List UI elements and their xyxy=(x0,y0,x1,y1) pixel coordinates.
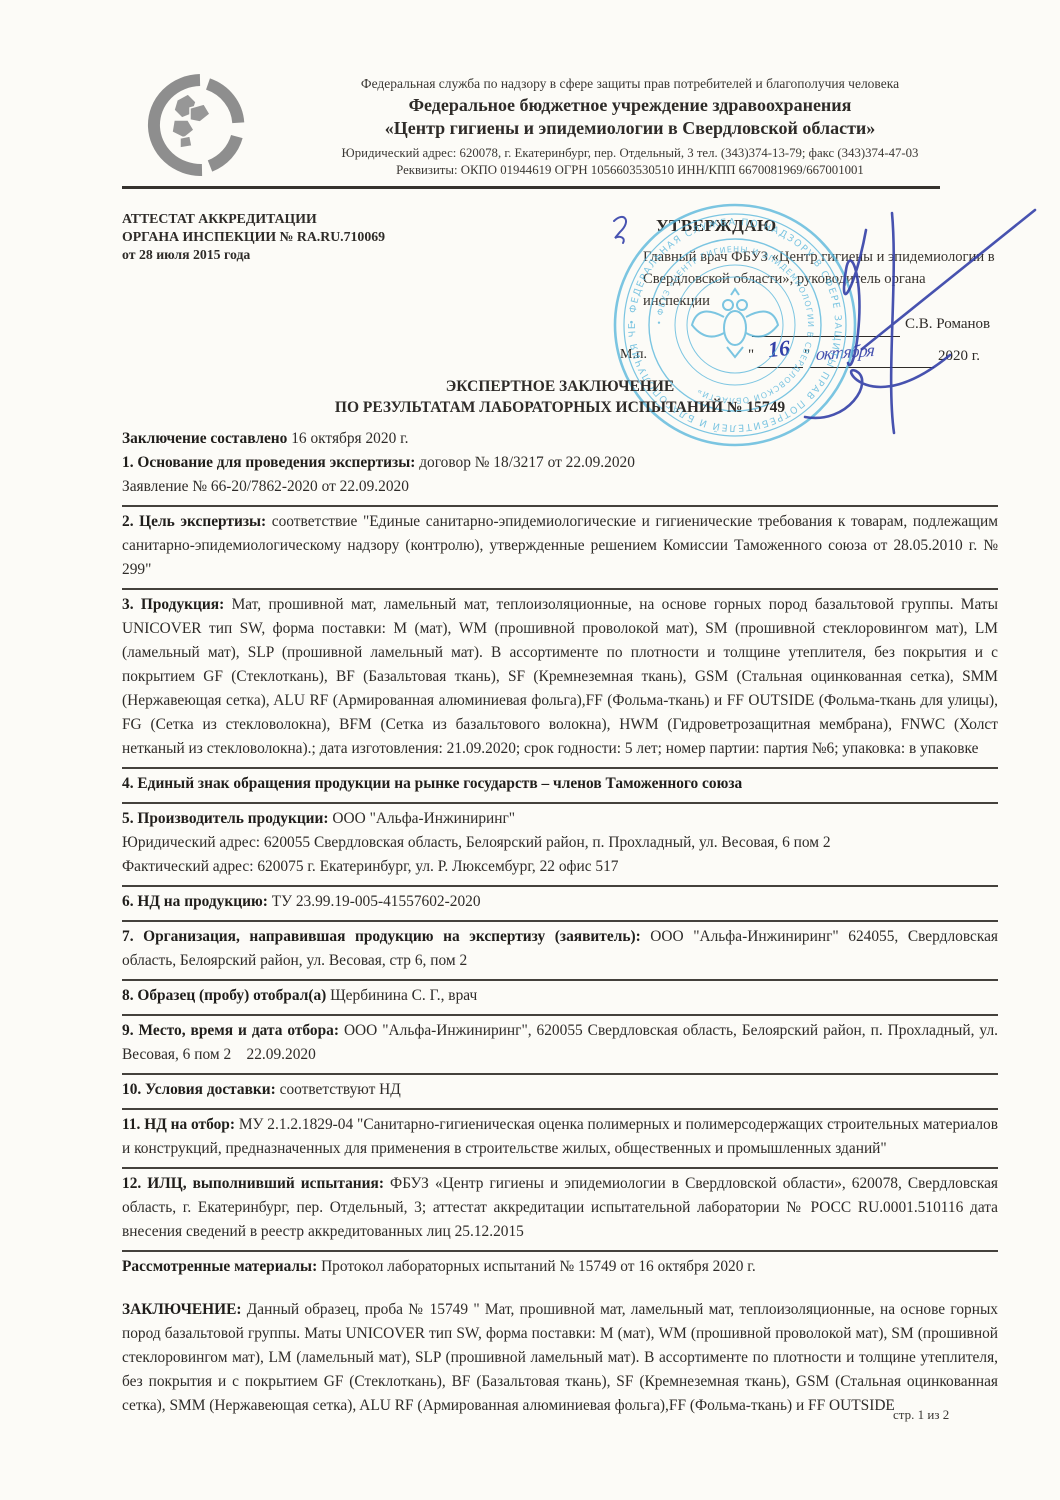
section-text: ТУ 23.99.19-005-41557602-2020 xyxy=(272,893,481,910)
document-title: ЭКСПЕРТНОЕ ЗАКЛЮЧЕНИЕ ПО РЕЗУЛЬТАТАМ ЛАБ… xyxy=(122,376,998,418)
page-indicator: стр. 1 из 2 xyxy=(893,1407,949,1423)
section-label: 7. Организация, направившая продукцию на… xyxy=(122,928,650,945)
section-row: 11. НД на отбор: МУ 2.1.2.1829-04 "Санит… xyxy=(122,1113,998,1161)
date-quote-open: " xyxy=(748,347,754,364)
signer-name: С.В. Романов xyxy=(905,316,990,333)
section-row: Заявление № 66-20/7862-2020 от 22.09.202… xyxy=(122,475,998,499)
section-row: 3. Продукция: Мат, прошивной мат, ламель… xyxy=(122,593,998,761)
sverdlovsk-region-logo-icon xyxy=(130,74,245,176)
section: ЗАКЛЮЧЕНИЕ: Данный образец, проба № 1574… xyxy=(122,1295,998,1424)
section: Рассмотренные материалы: Протокол лабора… xyxy=(122,1250,998,1285)
section: 3. Продукция: Мат, прошивной мат, ламель… xyxy=(122,588,998,767)
section: 10. Условия доставки: соответствуют НД xyxy=(122,1073,998,1108)
section-label: 4. Единый знак обращения продукции на ры… xyxy=(122,775,742,792)
handwritten-month: октября xyxy=(815,340,874,365)
section-row: 6. НД на продукцию: ТУ 23.99.19-005-4155… xyxy=(122,890,998,914)
seal-place-label: М.п. xyxy=(620,347,647,363)
section-label: 5. Производитель продукции: xyxy=(122,810,332,827)
section-text: Юридический адрес: 620055 Свердловская о… xyxy=(122,834,831,851)
header-divider xyxy=(122,186,940,189)
section-text: Протокол лабораторных испытаний № 15749 … xyxy=(321,1258,756,1275)
section-row: Рассмотренные материалы: Протокол лабора… xyxy=(122,1255,998,1279)
section-row: 9. Место, время и дата отбора: ООО "Альф… xyxy=(122,1019,998,1067)
section: Заключение составлено 16 октября 2020 г.… xyxy=(122,424,998,505)
section-row: 4. Единый знак обращения продукции на ры… xyxy=(122,772,998,796)
legal-address: Юридический адрес: 620078, г. Екатеринбу… xyxy=(250,146,1010,161)
section-label: 8. Образец (пробу) отобрал(а) xyxy=(122,987,330,1004)
section-text: Данный образец, проба № 15749 " Мат, про… xyxy=(122,1301,998,1414)
date-year: 2020 г. xyxy=(938,348,980,365)
section-label: ЗАКЛЮЧЕНИЕ: xyxy=(122,1301,247,1318)
section-row: Заключение составлено 16 октября 2020 г. xyxy=(122,427,998,451)
section: 7. Организация, направившая продукцию на… xyxy=(122,920,998,979)
section-text: соответствуют НД xyxy=(280,1081,401,1098)
section-label: Рассмотренные материалы: xyxy=(122,1258,321,1275)
section: 12. ИЛЦ, выполнивший испытания: ФБУЗ «Це… xyxy=(122,1167,998,1250)
section-text: 16 октября 2020 г. xyxy=(291,430,408,447)
section-text: Заявление № 66-20/7862-2020 от 22.09.202… xyxy=(122,478,409,495)
section-label: 12. ИЛЦ, выполнивший испытания: xyxy=(122,1175,390,1192)
section: 6. НД на продукцию: ТУ 23.99.19-005-4155… xyxy=(122,885,998,920)
section-text: Щербинина С. Г., врач xyxy=(330,987,477,1004)
section-text: Мат, прошивной мат, ламельный мат, тепло… xyxy=(122,596,998,757)
section-row: 2. Цель экспертизы: соответствие "Единые… xyxy=(122,510,998,582)
section-row: 1. Основание для проведения экспертизы: … xyxy=(122,451,998,475)
institution-type: Федеральное бюджетное учреждение здравоо… xyxy=(250,95,1010,116)
agency-name: Федеральная служба по надзору в сфере за… xyxy=(250,76,1010,92)
section-label: 9. Место, время и дата отбора: xyxy=(122,1022,344,1039)
section-label: 3. Продукция: xyxy=(122,596,232,613)
requisites: Реквизиты: ОКПО 01944619 ОГРН 1056603530… xyxy=(250,163,1010,178)
title-line-2: ПО РЕЗУЛЬТАТАМ ЛАБОРАТОРНЫХ ИСПЫТАНИЙ № … xyxy=(122,397,998,418)
section-label: Заключение составлено xyxy=(122,430,291,447)
sections-container: Заключение составлено 16 октября 2020 г.… xyxy=(122,424,998,1424)
section: 11. НД на отбор: МУ 2.1.2.1829-04 "Санит… xyxy=(122,1108,998,1167)
section-label: 1. Основание для проведения экспертизы: xyxy=(122,454,419,471)
handwritten-day: 16 xyxy=(767,335,792,363)
org-header: Федеральная служба по надзору в сфере за… xyxy=(250,76,1010,178)
section-text: Фактический адрес: 620075 г. Екатеринбур… xyxy=(122,858,619,875)
accreditation-line: АТТЕСТАТ АККРЕДИТАЦИИ xyxy=(122,210,385,228)
section: 2. Цель экспертизы: соответствие "Единые… xyxy=(122,505,998,588)
section-text: МУ 2.1.2.1829-04 "Санитарно-гигиеническа… xyxy=(122,1116,998,1157)
section-label: 6. НД на продукцию: xyxy=(122,893,272,910)
section-text: договор № 18/3217 от 22.09.2020 xyxy=(419,454,635,471)
section-row: ЗАКЛЮЧЕНИЕ: Данный образец, проба № 1574… xyxy=(122,1298,998,1418)
institution-name: «Центр гигиены и эпидемиологии в Свердло… xyxy=(250,118,1010,139)
section-row: Юридический адрес: 620055 Свердловская о… xyxy=(122,831,998,855)
accreditation-block: АТТЕСТАТ АККРЕДИТАЦИИ ОРГАНА ИНСПЕКЦИИ №… xyxy=(122,210,385,264)
signature-line xyxy=(752,320,900,337)
section-row: Фактический адрес: 620075 г. Екатеринбур… xyxy=(122,855,998,879)
title-line-1: ЭКСПЕРТНОЕ ЗАКЛЮЧЕНИЕ xyxy=(122,376,998,397)
section: 9. Место, время и дата отбора: ООО "Альф… xyxy=(122,1014,998,1073)
section: 4. Единый знак обращения продукции на ры… xyxy=(122,767,998,802)
section: 8. Образец (пробу) отобрал(а) Щербинина … xyxy=(122,979,998,1014)
section-row: 5. Производитель продукции: ООО "Альфа-И… xyxy=(122,807,998,831)
section-text: ООО "Альфа-Инжиниринг" xyxy=(332,810,515,827)
section-label: 10. Условия доставки: xyxy=(122,1081,280,1098)
section-row: 8. Образец (пробу) отобрал(а) Щербинина … xyxy=(122,984,998,1008)
section: 5. Производитель продукции: ООО "Альфа-И… xyxy=(122,802,998,885)
section-row: 7. Организация, направившая продукцию на… xyxy=(122,925,998,973)
approval-heading: УТВЕРЖДАЮ xyxy=(656,216,777,236)
section-label: 11. НД на отбор: xyxy=(122,1116,239,1133)
accreditation-number: ОРГАНА ИНСПЕКЦИИ № RA.RU.710069 xyxy=(122,228,385,246)
approval-signer-title: Главный врач ФБУЗ «Центр гигиены и эпиде… xyxy=(643,246,995,312)
section-row: 10. Условия доставки: соответствуют НД xyxy=(122,1078,998,1102)
section-label: 2. Цель экспертизы: xyxy=(122,513,272,530)
document-page: Федеральная служба по надзору в сфере за… xyxy=(0,0,1060,1500)
section-row: 12. ИЛЦ, выполнивший испытания: ФБУЗ «Це… xyxy=(122,1172,998,1244)
accreditation-date: от 28 июля 2015 года xyxy=(122,246,385,264)
